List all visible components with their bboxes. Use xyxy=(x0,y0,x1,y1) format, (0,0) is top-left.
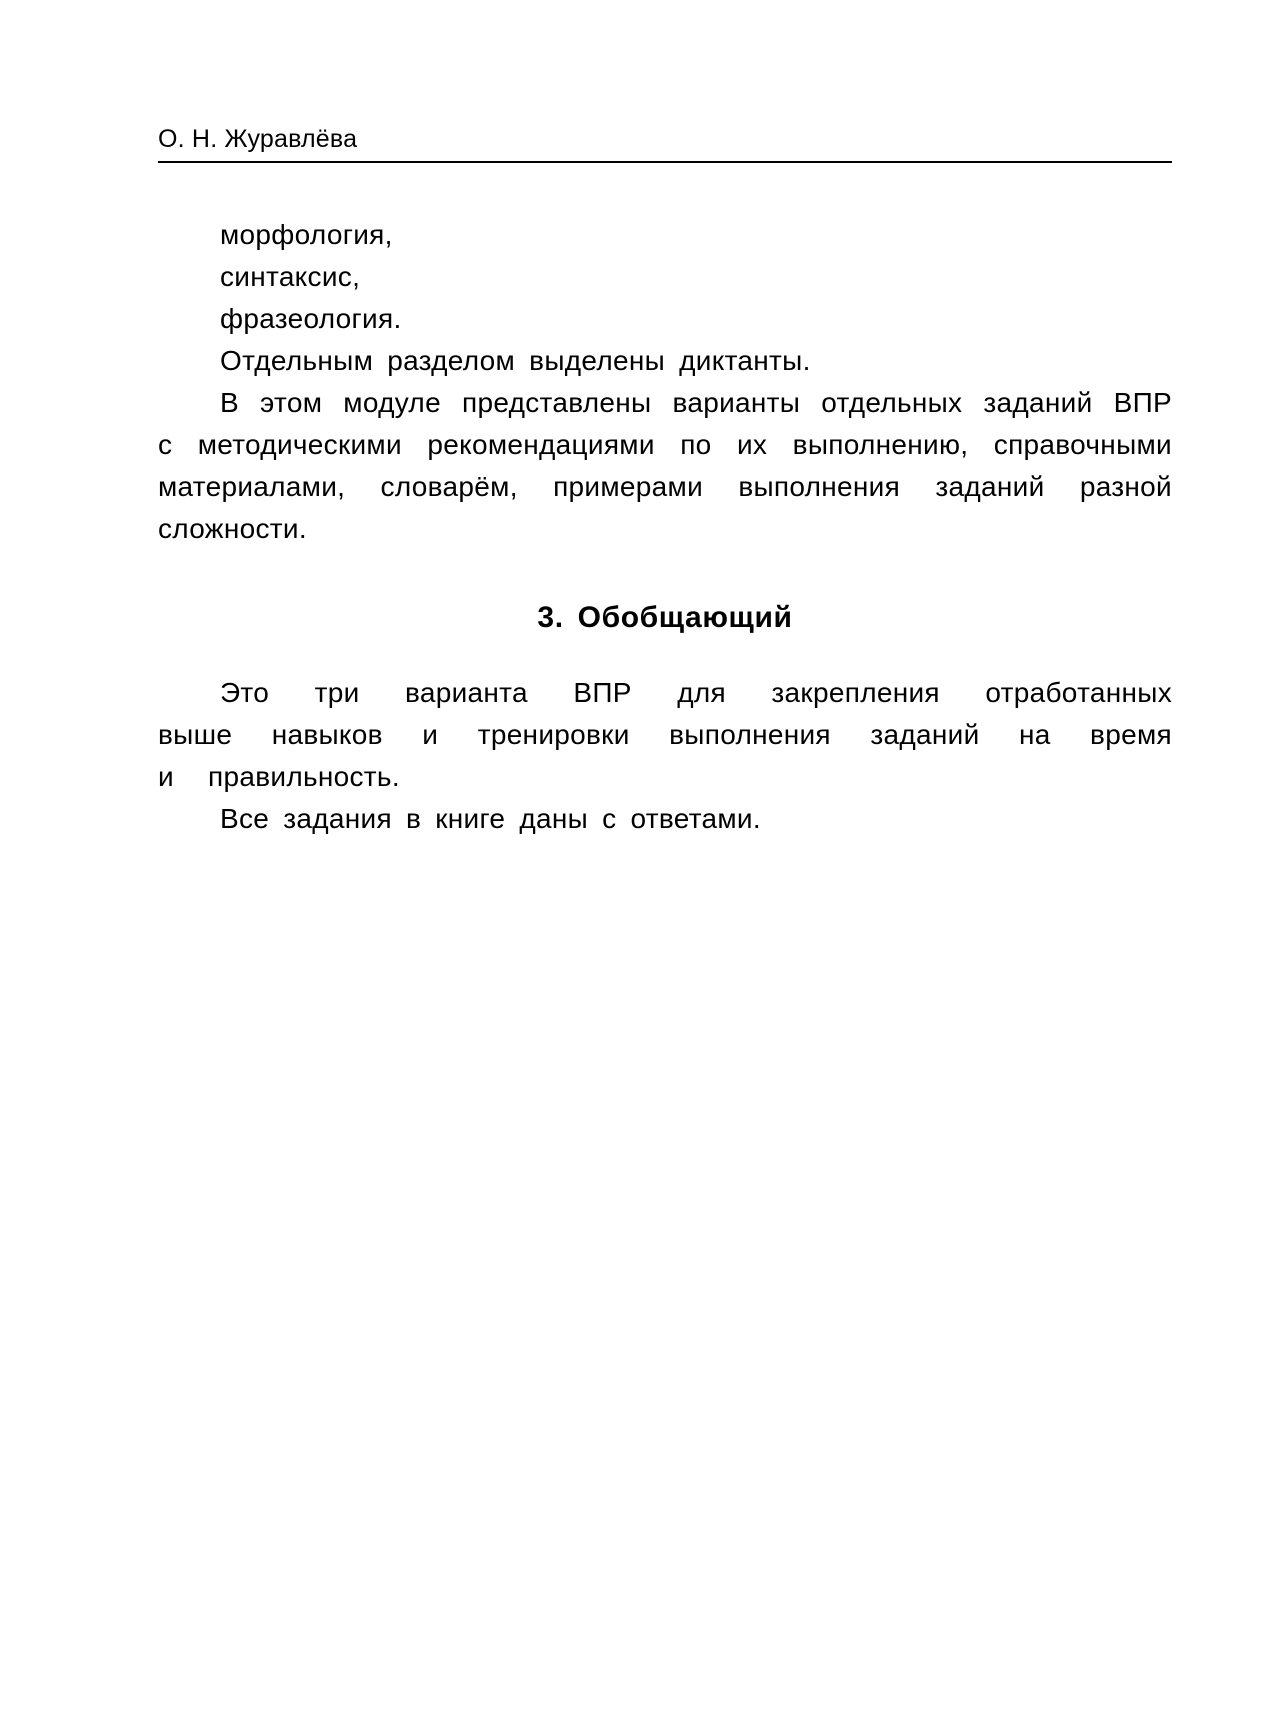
list-item-syntax: синтаксис, xyxy=(158,256,1172,298)
paragraph-three-variants: Это три варианта ВПР для закрепления отр… xyxy=(158,672,1172,798)
header-rule-divider xyxy=(158,161,1172,163)
paragraph-answers-note: Все задания в книге даны с ответами. xyxy=(158,798,1172,840)
section-3-body: Это три варианта ВПР для закрепления отр… xyxy=(158,672,1172,840)
list-item-phraseology: фразеология. xyxy=(158,298,1172,340)
running-header-author: О. Н. Журавлёва xyxy=(158,124,357,154)
section-number: 3. xyxy=(537,601,563,634)
paragraph-dictations: Отдельным разделом выделены диктанты. xyxy=(158,340,1172,382)
section-title: Обобщающий xyxy=(578,601,793,634)
section-heading-3: 3.Обобщающий xyxy=(158,598,1172,638)
list-item-morphology: морфология, xyxy=(158,214,1172,256)
module-2-section: морфология, синтаксис, фразеология. Отде… xyxy=(158,214,1172,550)
paragraph-module-description: В этом модуле представлены варианты отде… xyxy=(158,382,1172,550)
